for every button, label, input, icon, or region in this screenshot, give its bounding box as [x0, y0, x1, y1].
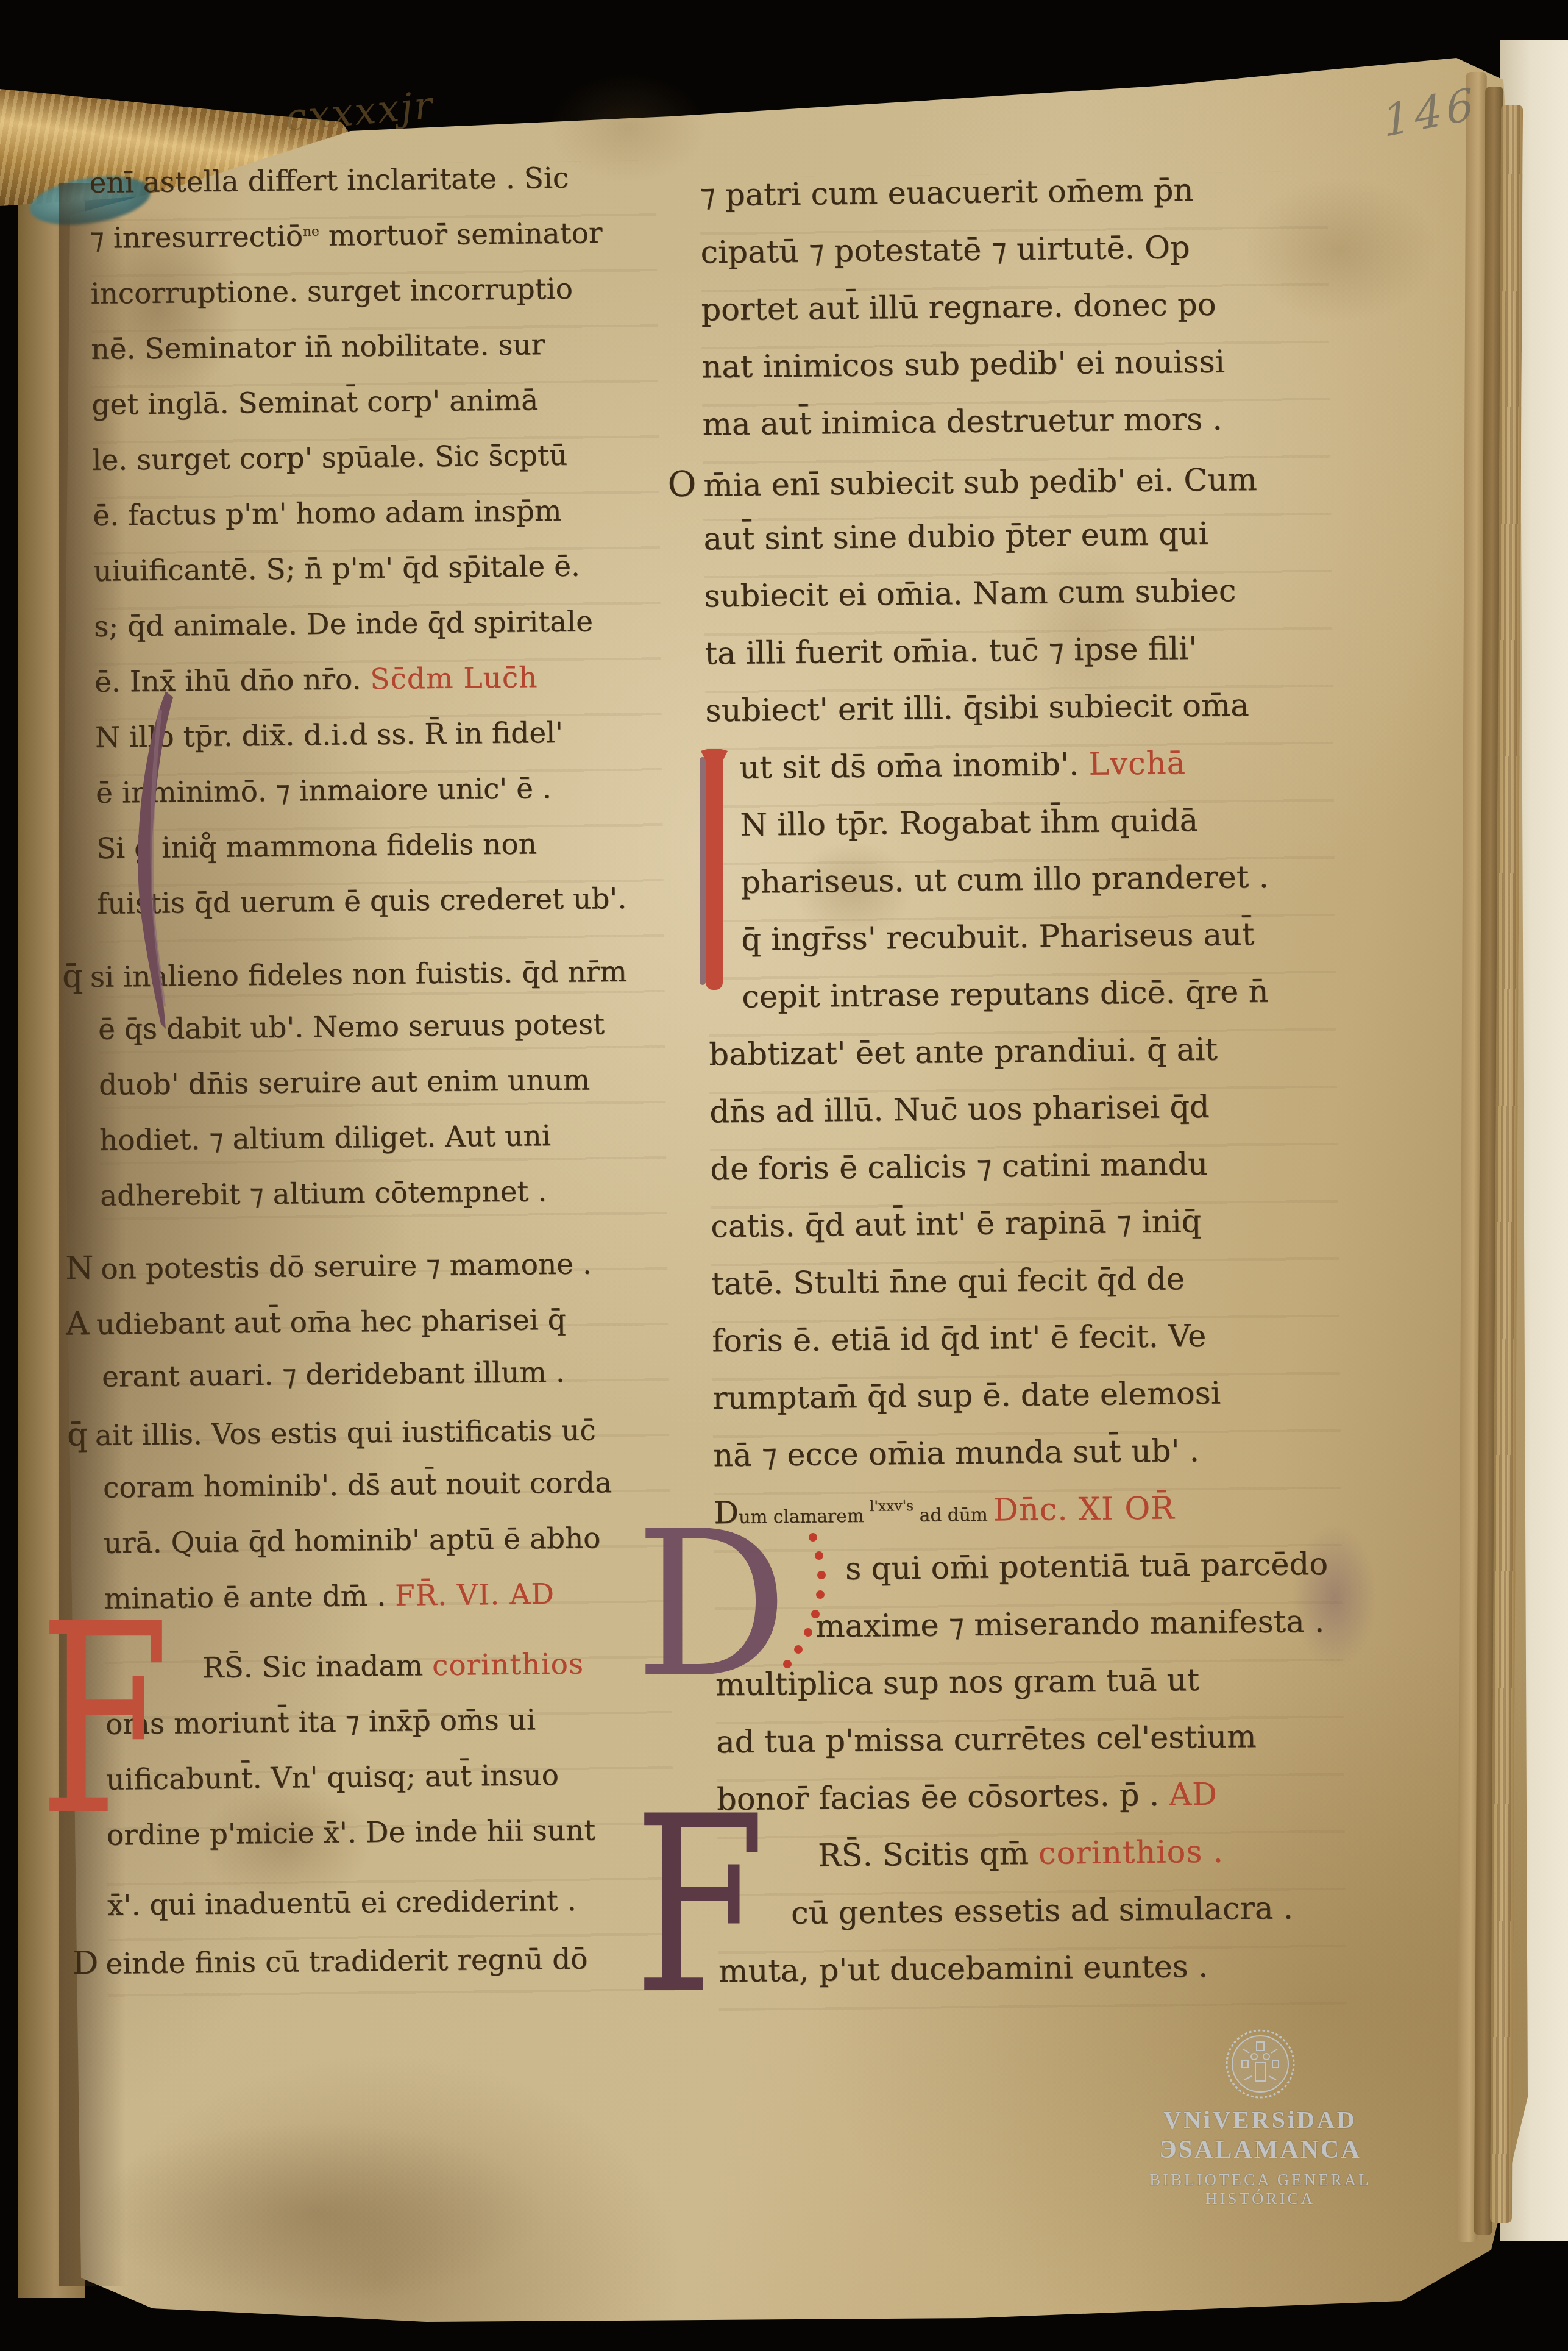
text-line: Non potestis dō seruire ⁊ mamone .	[101, 1243, 668, 1305]
text-line: bonor̄ facias ēe cōsortes. p̄ . AD	[717, 1776, 1345, 1840]
left-text-column: enī astella differt inclaritate . Sic⁊ i…	[89, 160, 675, 2000]
body-text: ⁊ patri cum euacuerit om̄em p̄n	[700, 173, 1193, 213]
text-line: om̄s moriunt̄ ita ⁊ inx̄p̄ om̄s ui	[105, 1702, 673, 1763]
text-line: erant auari. ⁊ deridebant illum .	[102, 1354, 669, 1416]
body-text: RS̄. Sic inadam	[202, 1649, 432, 1685]
text-line: maxime ⁊ miserando manifesta .	[715, 1604, 1343, 1668]
margin-initial: q̄	[67, 1416, 88, 1453]
body-text: l'xxv's	[870, 1497, 913, 1515]
text-line: ⁊ patri cum euacuerit om̄em p̄n	[700, 171, 1328, 235]
body-text: ordine p'micie x̄'. De inde hii sunt	[107, 1813, 596, 1852]
body-text: si inalieno fideles non fuistis. q̄d nr̄…	[90, 955, 627, 994]
rubric-text: Lvchā	[1088, 745, 1186, 783]
body-text: uiuificantē. S; n̄ p'm' q̄d sp̄itale ē.	[93, 550, 580, 588]
body-text: ē. factus p'm' homo adam insp̄m	[93, 494, 562, 533]
text-line: le. surget corp' spūale. Sic s̄cptū	[92, 438, 659, 499]
body-text: s qui om̄i potentiā tuā parcēdo	[845, 1546, 1328, 1587]
text-line: Dum clamarem l'xxv's ad dūm Dn̄c. XI OR̄	[714, 1489, 1342, 1553]
body-text: N illo tp̄r. Rogabat ih̄m quidā	[740, 803, 1198, 844]
body-text: get inglā. Seminat̄ corp' animā	[91, 383, 538, 422]
text-line: x̄'. qui inaduentū ei crediderint .	[107, 1883, 675, 1944]
text-line: tatē. Stulti n̄ne qui fecit q̄d de	[711, 1260, 1339, 1324]
body-text: nā ⁊ ecce om̄ia munda sut̄ ub' .	[713, 1433, 1199, 1474]
rubric-text: AD	[1169, 1777, 1218, 1813]
text-line: ma aut̄ inimica destruetur mors .	[702, 400, 1330, 464]
body-text: D	[714, 1495, 739, 1531]
body-text: s; q̄d animale. De inde q̄d spiritale	[94, 605, 593, 644]
rubric-text: corinthios	[432, 1648, 584, 1683]
body-text: ē. Inx̄ ihū dn̄o nr̄o.	[94, 663, 371, 699]
text-line: foris ē. etiā id q̄d int' ē fecit. Ve	[712, 1317, 1340, 1381]
text-line: incorruptione. surget incorruptio	[90, 271, 658, 333]
text-line: fuistis q̄d uerum ē quis crederet ub'.	[97, 881, 664, 943]
body-text: catis. q̄d aut̄ int' ē rapinā ⁊ iniq̄	[711, 1204, 1202, 1245]
text-line: muta, p'ut ducebamini euntes .	[718, 1947, 1347, 2011]
body-text: coram hominib'. ds̄ aut̄ nouit corda	[103, 1466, 612, 1505]
body-text: tatē. Stulti n̄ne qui fecit q̄d de	[711, 1261, 1185, 1302]
text-line: RS̄. Sic inadam corinthios	[105, 1646, 672, 1708]
text-line: ē. factus p'm' homo adam insp̄m	[93, 493, 660, 555]
rubric-text: Sc̄dm Luc̄h	[370, 661, 538, 696]
margin-initial: D	[73, 1944, 99, 1982]
body-text: N illo tp̄r. dix̄. d.i.d ss. R̄ in fidel…	[95, 716, 564, 755]
text-line: de foris ē calicis ⁊ catini mandu	[710, 1145, 1338, 1209]
body-text: ē inminimō. ⁊ inmaiore unic' ē .	[96, 772, 552, 810]
text-line: coram hominib'. ds̄ aut̄ nouit corda	[103, 1465, 670, 1527]
text-line: nā ⁊ ecce om̄ia munda sut̄ ub' .	[713, 1432, 1341, 1496]
text-line: subiect' erit illi. q̄sibi subiecit om̄a	[705, 687, 1333, 751]
text-line: q̄ait illis. Vos estis qui iustificatis …	[102, 1410, 670, 1471]
text-line: ordine p'micie x̄'. De inde hii sunt	[107, 1813, 674, 1874]
body-text: q̄ ingr̄ss' recubuit. Phariseus aut̄	[741, 917, 1254, 958]
body-text: urā. Quia q̄d hominib' aptū ē abho	[104, 1521, 601, 1560]
text-line: ⁊ inresurrectiōne mortuor̄ seminator	[90, 216, 657, 277]
rubric-text: Dn̄c. XI OR̄	[993, 1490, 1175, 1528]
text-line: s; q̄d animale. De inde q̄d spiritale	[94, 604, 661, 666]
body-text: on potestis dō seruire ⁊ mamone .	[101, 1247, 592, 1286]
body-text: mortuor̄ seminator	[319, 216, 602, 253]
body-text: maxime ⁊ miserando manifesta .	[815, 1604, 1324, 1645]
text-line: catis. q̄d aut̄ int' ē rapinā ⁊ iniq̄	[711, 1203, 1339, 1267]
text-line: cepit intrase reputans dicē. q̄re n̄	[708, 973, 1336, 1037]
body-text: nē. Seminator in̄ nobilitate. sur	[91, 328, 545, 366]
body-text: duob' dn̄is seruire aut enim unum	[99, 1063, 591, 1101]
body-text: fuistis q̄d uerum ē quis crederet ub'.	[97, 882, 627, 921]
body-text: foris ē. etiā id q̄d int' ē fecit. Ve	[712, 1318, 1207, 1359]
text-line: q̄ ingr̄ss' recubuit. Phariseus aut̄	[708, 916, 1336, 980]
rubric-text: FR̄. VI. AD	[395, 1577, 555, 1613]
body-text: om̄s moriunt̄ ita ⁊ inx̄p̄ om̄s ui	[105, 1703, 536, 1741]
body-text: hodiet. ⁊ altium diliget. Aut uni	[99, 1119, 551, 1158]
body-text: ne	[303, 224, 319, 239]
body-text: nat inimicos sub pedib' ei nouissi	[701, 344, 1225, 385]
body-text: rumptam̄ q̄d sup ē. date elemosi	[712, 1376, 1221, 1417]
body-text: ad dūm	[913, 1504, 993, 1526]
body-text: enī astella differt inclaritate . Sic	[89, 162, 569, 200]
body-text: ma aut̄ inimica destruetur mors .	[702, 402, 1222, 443]
text-line: ē. Inx̄ ihū dn̄o nr̄o. Sc̄dm Luc̄h	[94, 660, 662, 721]
body-text: aut̄ sint sine dubio p̄ter eum qui	[703, 516, 1208, 558]
body-text: m̄ia enī subiecit sub pedib' ei. Cum	[703, 462, 1257, 504]
body-text: ta illi fuerit om̄ia. tuc̄ ⁊ ipse fili'	[704, 631, 1197, 672]
body-text: x̄'. qui inaduentū ei crediderint .	[107, 1884, 576, 1922]
margin-initial: A	[66, 1305, 90, 1342]
body-text: udiebant aut̄ om̄a hec pharisei q̄	[96, 1303, 566, 1342]
text-line: hodiet. ⁊ altium diliget. Aut uni	[99, 1118, 667, 1179]
body-text: Si g̊ iniq̊ mammona fidelis non	[96, 827, 537, 866]
body-text: erant auari. ⁊ deridebant illum .	[102, 1356, 565, 1394]
text-line: portet aut̄ illū regnare. donec po	[701, 286, 1329, 350]
text-line: RS̄. Scitis qm̄ corinthios .	[717, 1833, 1346, 1897]
text-line: Om̄ia enī subiecit sub pedib' ei. Cum	[703, 458, 1331, 522]
text-line: ta illi fuerit om̄ia. tuc̄ ⁊ ipse fili'	[704, 630, 1333, 694]
body-text: ad tua p'missa currētes cel'estium	[716, 1719, 1257, 1760]
text-line: multiplica sup nos gram tuā ut	[715, 1661, 1344, 1725]
text-line: q̄si inalieno fideles non fuistis. q̄d n…	[98, 951, 665, 1013]
body-text: uificabunt̄. Vn' quisq; aut̄ insuo	[106, 1759, 559, 1797]
text-line: ut sit ds̄ om̄a inomib'. Lvchā	[706, 744, 1334, 808]
body-text: cipatū ⁊ potestatē ⁊ uirtutē. Op	[700, 230, 1190, 271]
text-line: nat inimicos sub pedib' ei nouissi	[701, 343, 1330, 407]
body-text: subiecit ei om̄ia. Nam cum subiec	[704, 573, 1236, 614]
margin-initial: O	[667, 464, 697, 505]
body-text: muta, p'ut ducebamini euntes .	[718, 1949, 1208, 1990]
text-line: subiecit ei om̄ia. Nam cum subiec	[704, 572, 1332, 636]
text-line: aut̄ sint sine dubio p̄ter eum qui	[703, 515, 1332, 579]
text-line: ad tua p'missa currētes cel'estium	[716, 1718, 1344, 1782]
rubric-text: corinthios .	[1038, 1834, 1224, 1872]
text-line: urā. Quia q̄d hominib' aptū ē abho	[104, 1521, 671, 1582]
text-line: s qui om̄i potentiā tuā parcēdo	[714, 1546, 1343, 1610]
text-line: rumptam̄ q̄d sup ē. date elemosi	[712, 1375, 1341, 1439]
body-text: de foris ē calicis ⁊ catini mandu	[710, 1147, 1208, 1188]
manuscript-photo: cxxxxjr 146 enī astella differt inclarit…	[0, 0, 1568, 2351]
margin-initial: q̄	[62, 958, 83, 995]
text-line: uiuificantē. S; n̄ p'm' q̄d sp̄itale ē.	[93, 549, 661, 610]
body-text: minatio ē ante dm̄ .	[104, 1579, 396, 1616]
text-line: enī astella differt inclaritate . Sic	[89, 160, 656, 222]
body-text: um clamarem	[739, 1506, 870, 1528]
body-text: cepit intrase reputans dicē. q̄re n̄	[742, 974, 1269, 1015]
text-line: N illo tp̄r. Rogabat ih̄m quidā	[706, 802, 1335, 866]
body-text: portet aut̄ illū regnare. donec po	[701, 287, 1216, 329]
body-text: RS̄. Scitis qm̄	[818, 1836, 1039, 1874]
text-line: Audiebant aut̄ om̄a hec pharisei q̄	[101, 1299, 669, 1360]
right-text-column: ⁊ patri cum euacuerit om̄em p̄ncipatū ⁊ …	[700, 171, 1346, 2011]
margin-initial: N	[65, 1250, 94, 1287]
body-text: babtizat' ēet ante prandiui. q̄ ait	[709, 1032, 1218, 1073]
body-text: ait illis. Vos estis qui iustificatis uc…	[94, 1414, 595, 1453]
text-line: babtizat' ēet ante prandiui. q̄ ait	[709, 1031, 1337, 1095]
text-line: N illo tp̄r. dix̄. d.i.d ss. R̄ in fidel…	[95, 715, 662, 777]
text-line: Si g̊ iniq̊ mammona fidelis non	[96, 826, 664, 887]
body-text: subiect' erit illi. q̄sibi subiecit om̄a	[705, 688, 1249, 729]
body-text: ē q̄s dabit ub'. Nemo seruus potest	[98, 1008, 605, 1047]
body-text: ut sit ds̄ om̄a inomib'.	[739, 747, 1089, 786]
body-text: bonor̄ facias ēe cōsortes. p̄ .	[717, 1777, 1169, 1818]
text-line: ē inminimō. ⁊ inmaiore unic' ē .	[96, 770, 663, 832]
text-line: get inglā. Seminat̄ corp' animā	[91, 382, 659, 444]
text-line: duob' dn̄is seruire aut enim unum	[99, 1062, 666, 1124]
text-line: cipatū ⁊ potestatē ⁊ uirtutē. Op	[700, 229, 1329, 293]
body-text: phariseus. ut cum illo pranderet .	[740, 859, 1269, 901]
body-text: ⁊ inresurrectiō	[90, 219, 303, 255]
text-line: minatio ē ante dm̄ . FR̄. VI. AD	[104, 1576, 672, 1638]
text-line: uificabunt̄. Vn' quisq; aut̄ insuo	[106, 1757, 673, 1819]
body-text: incorruptione. surget incorruptio	[90, 272, 573, 311]
body-text: multiplica sup nos gram tuā ut	[715, 1662, 1199, 1703]
text-line: ē q̄s dabit ub'. Nemo seruus potest	[98, 1007, 665, 1069]
body-text: cū gentes essetis ad simulacra .	[791, 1890, 1293, 1932]
text-line: adherebit ⁊ altium cōtempnet .	[100, 1173, 667, 1235]
body-text: einde finis cū tradiderit regnū dō	[105, 1943, 588, 1981]
body-text: le. surget corp' spūale. Sic s̄cptū	[92, 439, 567, 477]
text-line: Deinde finis cū tradiderit regnū dō	[108, 1938, 675, 2000]
text-line: dn̄s ad illū. Nuc̄ uos pharisei q̄d	[709, 1088, 1338, 1152]
text-line: nē. Seminator in̄ nobilitate. sur	[91, 327, 658, 388]
body-text: adherebit ⁊ altium cōtempnet .	[100, 1175, 547, 1213]
text-line: phariseus. ut cum illo pranderet .	[707, 859, 1335, 923]
body-text: dn̄s ad illū. Nuc̄ uos pharisei q̄d	[709, 1089, 1210, 1131]
text-line: cū gentes essetis ad simulacra .	[718, 1890, 1346, 1954]
